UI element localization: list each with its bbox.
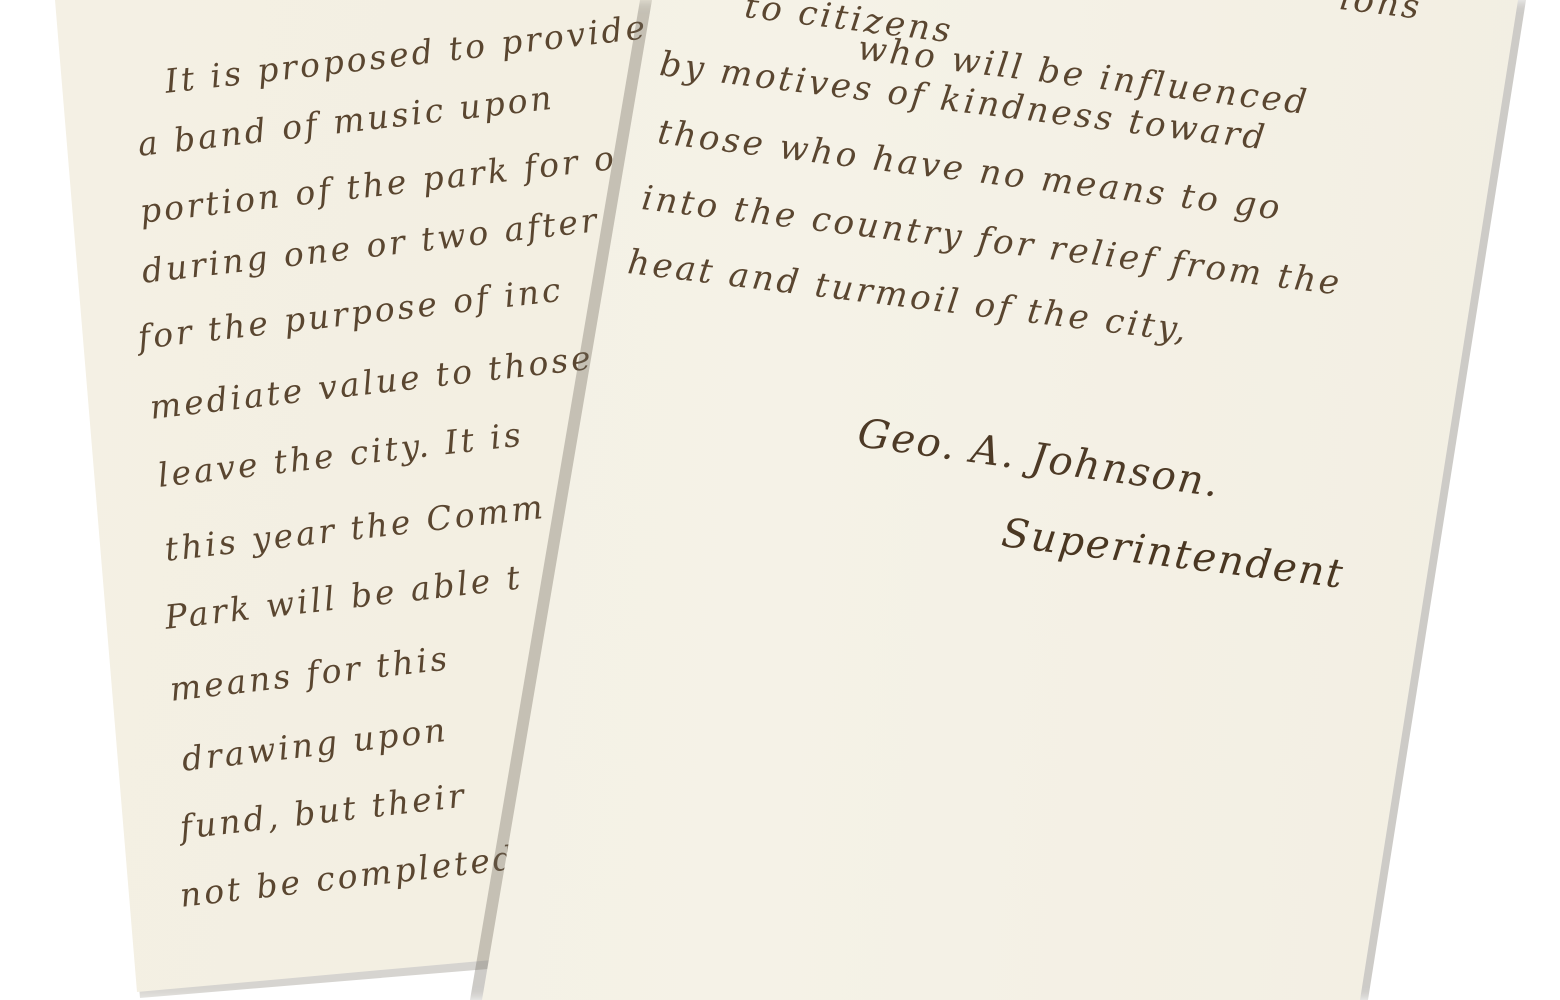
left-line-13: not be completed — [178, 838, 519, 915]
signature-name: Geo. A. Johnson. — [855, 410, 1223, 506]
left-line-12: fund, but their — [178, 775, 469, 846]
left-line-9: Park will be able t — [163, 557, 525, 636]
left-line-7: leave the city. It is — [156, 414, 526, 494]
right-partial-line-end: ions — [1338, 0, 1425, 28]
signature-title: Superintendent — [999, 510, 1347, 598]
left-line-6: mediate value to those — [148, 338, 596, 427]
left-line-11: drawing upon — [180, 710, 450, 779]
document-photo: It is proposed to provide a band of musi… — [0, 0, 1560, 1000]
left-line-8: this year the Comm — [163, 487, 548, 569]
left-line-1: It is proposed to provide — [163, 7, 650, 101]
left-line-10: means for this — [168, 638, 452, 709]
